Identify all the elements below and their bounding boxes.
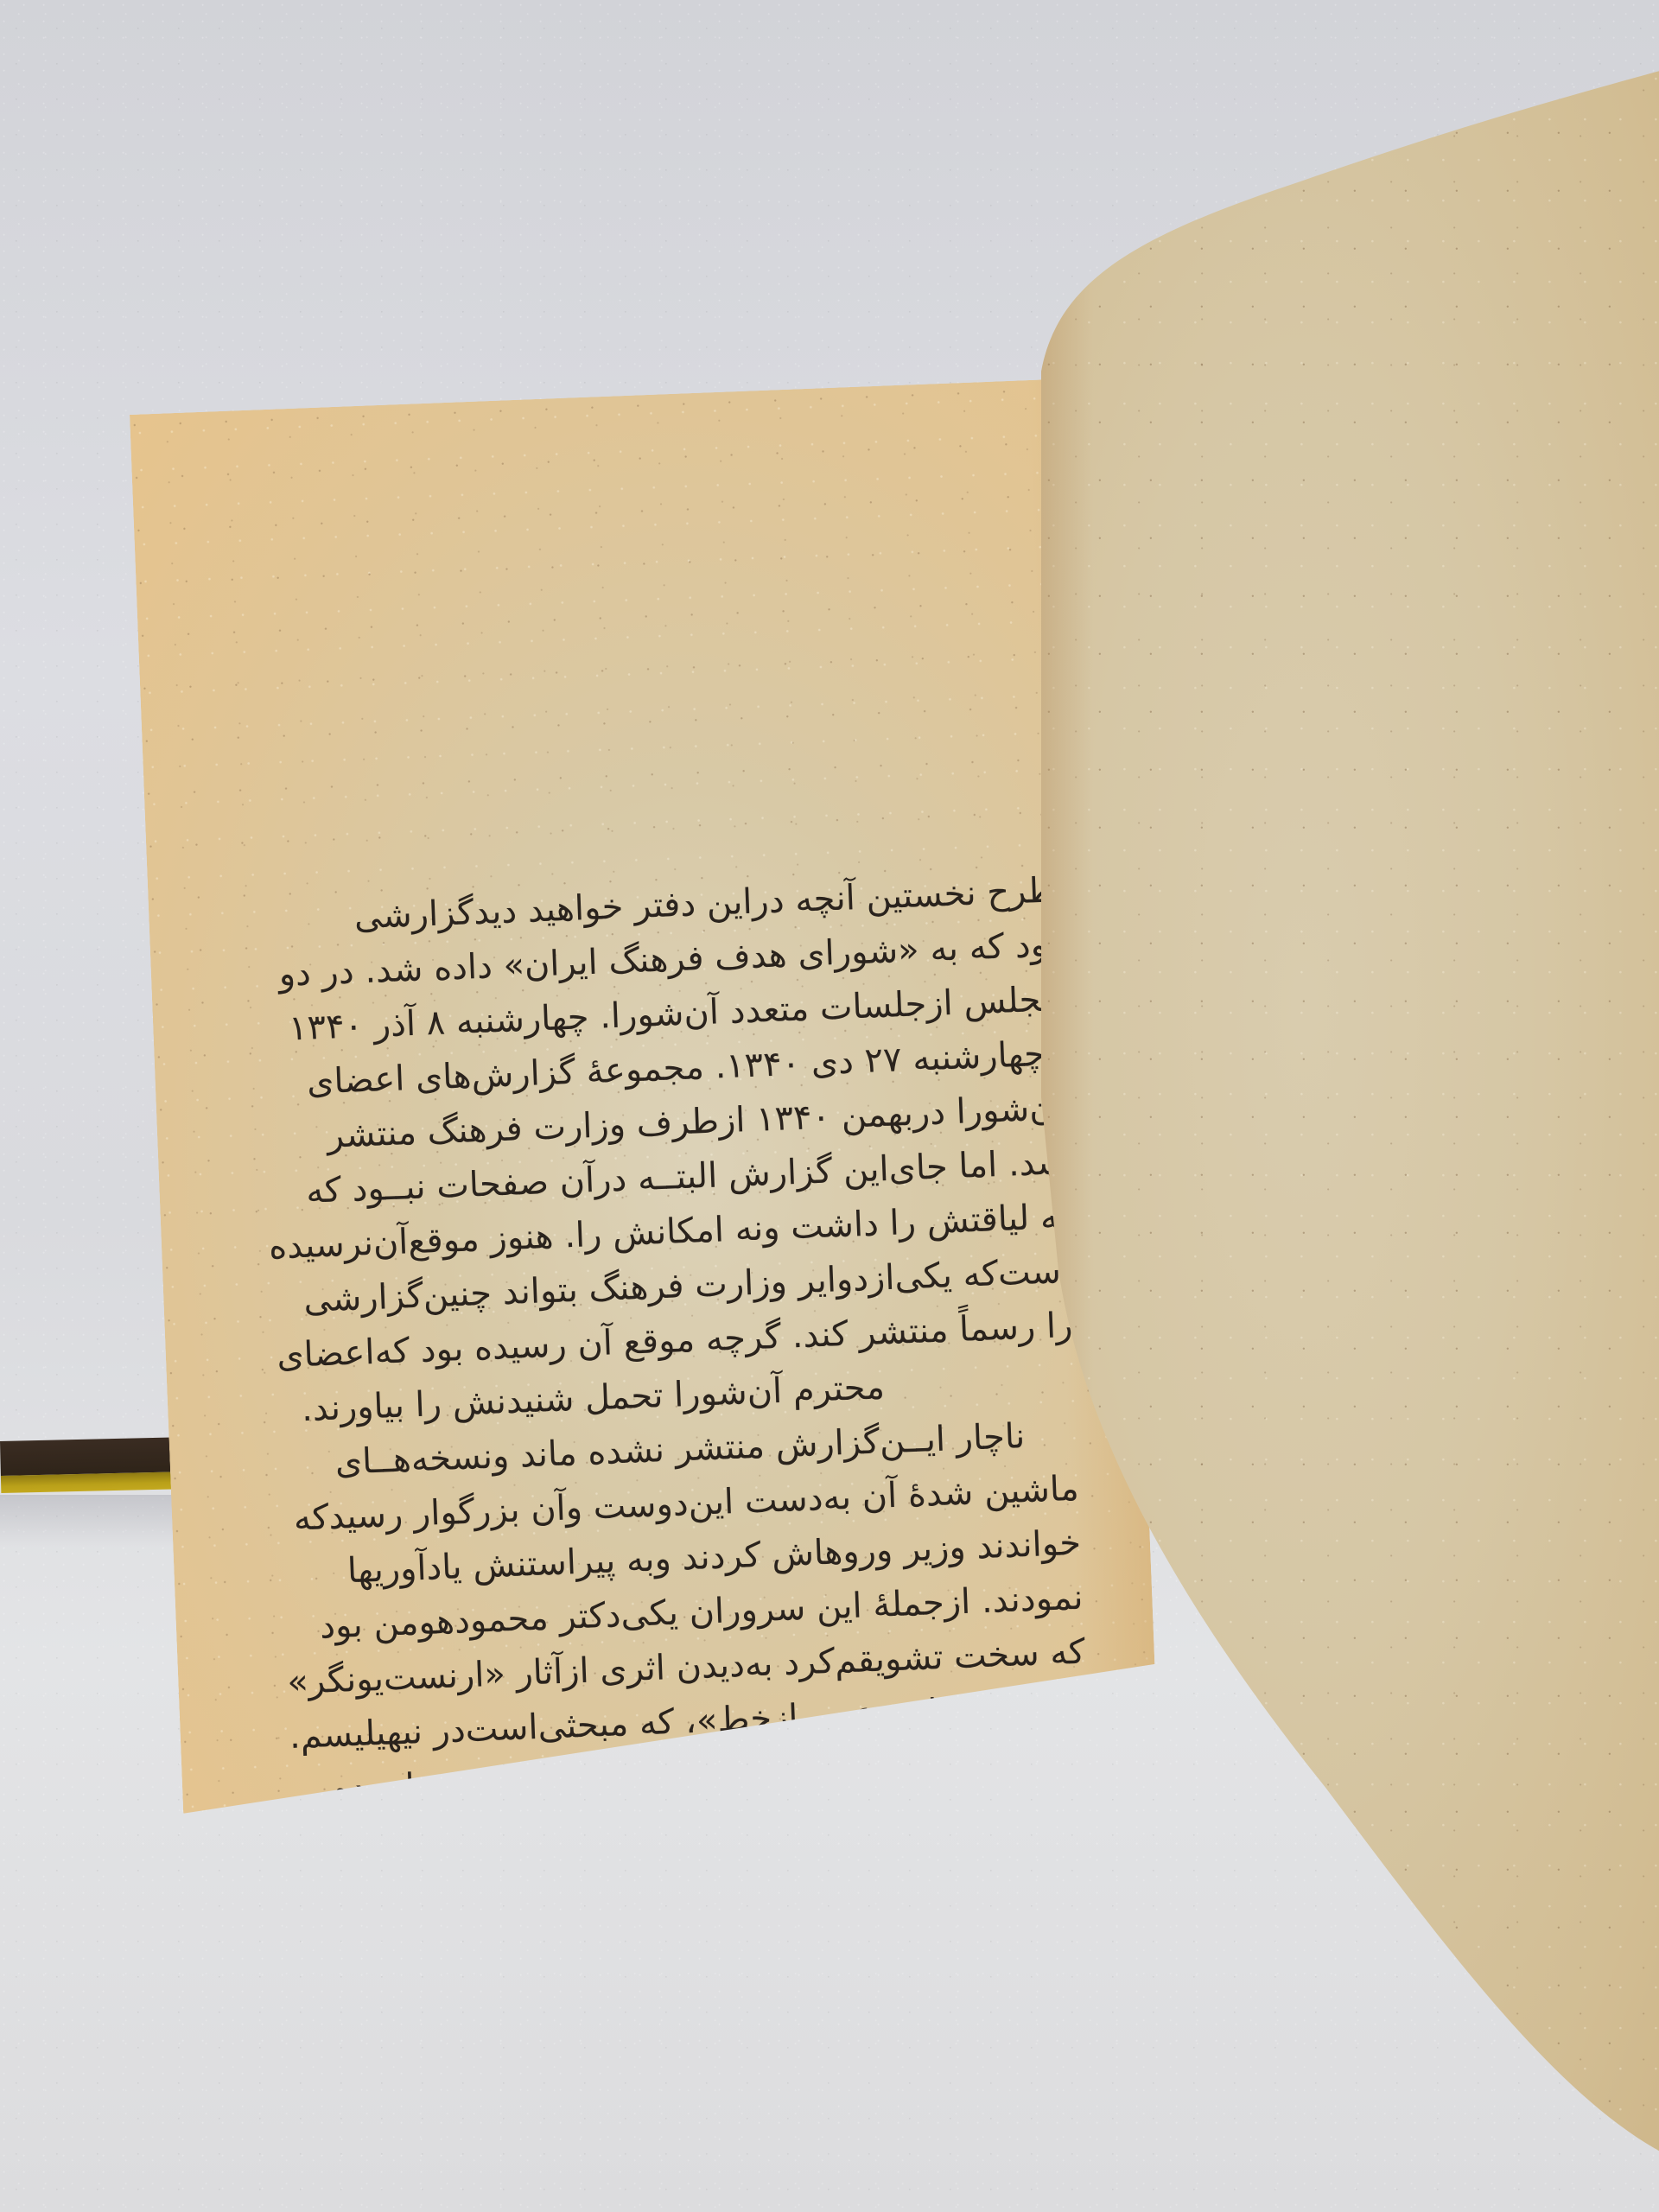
photo-scene: طرح نخستین آنچه دراین دفتر خواهید دیدگزا… [0,0,1659,2212]
left-book-page: طرح نخستین آنچه دراین دفتر خواهید دیدگزا… [130,378,1159,1814]
